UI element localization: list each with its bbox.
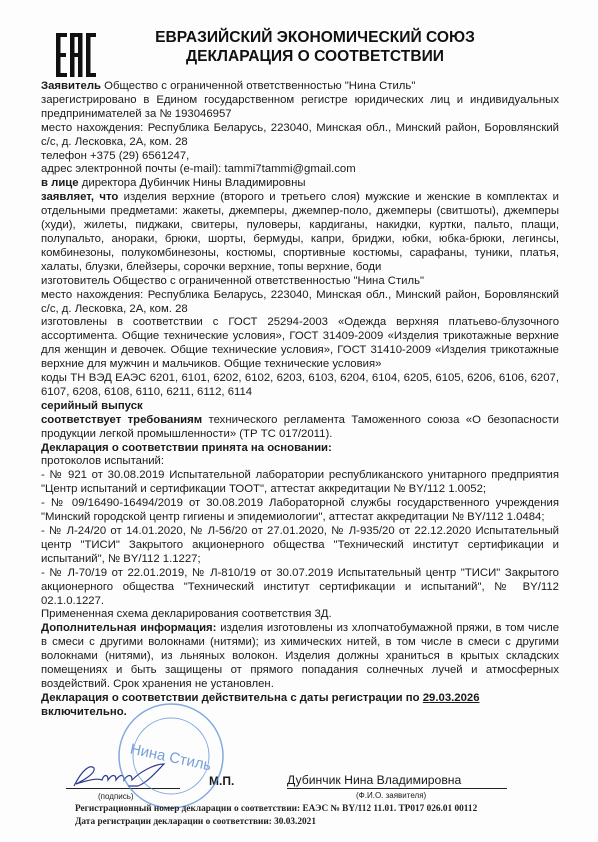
applicant-email: адрес электронной почты (e-mail): tammi7… [41,163,559,177]
eac-logo-icon [56,33,96,77]
serial-release: серийный выпуск [41,400,559,414]
complies-label: соответствует требованиям [41,414,202,426]
signature-caption: (подпись) [98,792,134,801]
applicant-label: Заявитель [41,80,101,92]
person-label: в лице [41,177,79,189]
manufacturer: изготовитель Общество с ограниченной отв… [41,275,559,289]
validity-prefix: Декларация о соответствии действительна … [41,692,423,704]
standards: изготовлены в соответствии с ГОСТ 25294-… [41,316,559,372]
applicant-address: место нахождения: Республика Беларусь, 2… [41,122,559,150]
additional-info: Дополнительная информация: изделия изгот… [41,622,559,692]
signer-name: Дубинчик Нина Владимировна [287,773,507,789]
declares-label: заявляет, что [41,191,118,203]
validity: Декларация о соответствии действительна … [41,692,559,720]
applicant-phone: телефон +375 (29) 6561247, [41,150,559,164]
title-union: ЕВРАЗИЙСКИЙ ЭКОНОМИЧЕСКИЙ СОЮЗ [130,28,500,47]
signature-line [66,788,180,789]
hs-codes: коды ТН ВЭД ЕАЭС 6201, 6101, 6202, 6102,… [41,372,559,400]
applicant-line: Заявитель Общество с ограниченной ответс… [41,80,559,94]
products-list: изделия верхние (второго и третьего слоя… [41,191,559,273]
protocol-item: - № Л-70/19 от 22.01.2019, № Л-810/19 от… [41,567,559,609]
protocol-item: - № 921 от 30.08.2019 Испытательной лабо… [41,469,559,497]
applicant-person: в лице директора Дубинчик Нины Владимиро… [41,177,559,191]
basis-heading: Декларация о соответствии принята на осн… [41,442,559,456]
applicant-name: Общество с ограниченной ответственностью… [101,80,415,92]
validity-date: 29.03.2026 [423,692,480,704]
person-name: директора Дубинчик Нины Владимировны [79,177,306,189]
protocol-item: - № Л-24/20 от 14.01.2020, № Л-56/20 от … [41,525,559,567]
registration-date: Дата регистрации декларации о соответств… [75,816,477,829]
handwritten-signature-icon [68,760,178,790]
protocols-label: протоколов испытаний: [41,455,559,469]
registration-number: Регистрационный номер декларации о соотв… [75,803,477,816]
fio-caption: (Ф.И.О. заявителя) [356,791,426,800]
additional-label: Дополнительная информация: [41,622,216,634]
title-declaration: ДЕКЛАРАЦИЯ О СООТВЕТСТВИИ [130,47,500,66]
protocol-item: - № 09/16490-16494/2019 от 30.08.2019 Ла… [41,497,559,525]
products-declaration: заявляет, что изделия верхние (второго и… [41,191,559,274]
validity-suffix: включительно. [41,706,127,718]
seal-place: М.П. [209,774,234,788]
compliance: соответствует требованиям технического р… [41,414,559,442]
declaration-page: ЕВРАЗИЙСКИЙ ЭКОНОМИЧЕСКИЙ СОЮЗ ДЕКЛАРАЦИ… [0,0,598,842]
signature-block: М.П. Дубинчик Нина Владимировна (подпись… [0,760,598,800]
declaration-body: Заявитель Общество с ограниченной ответс… [41,80,559,720]
manufacturer-address: место нахождения: Республика Беларусь, 2… [41,289,559,317]
applicant-registration: зарегистрировано в Едином государственно… [41,94,559,122]
registration-info: Регистрационный номер декларации о соотв… [75,803,477,829]
document-title: ЕВРАЗИЙСКИЙ ЭКОНОМИЧЕСКИЙ СОЮЗ ДЕКЛАРАЦИ… [130,28,500,66]
declaration-scheme: Примененная схема декларирования соответ… [41,608,559,622]
